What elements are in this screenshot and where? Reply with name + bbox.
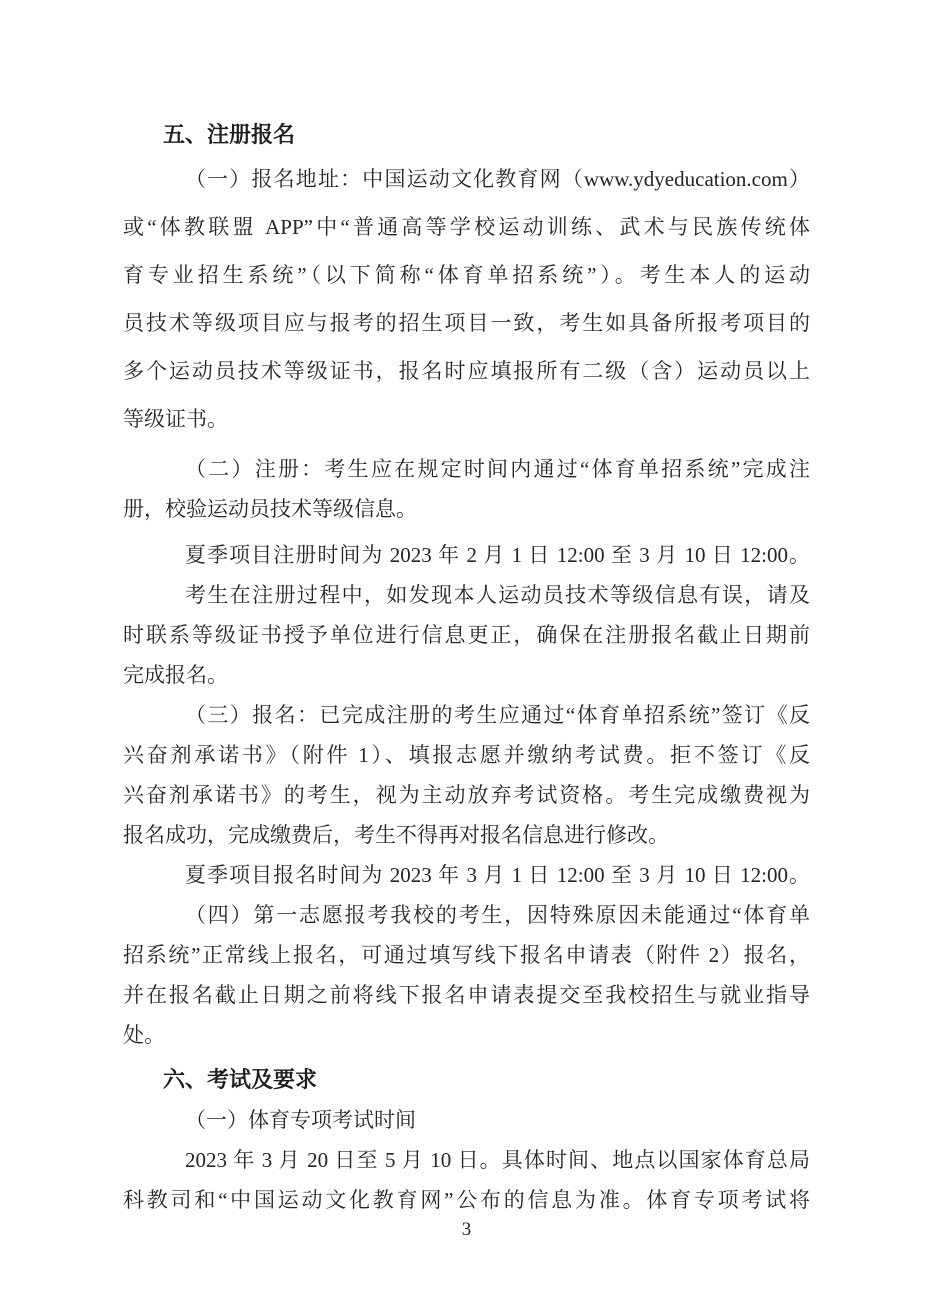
text-line: 夏季项目报名时间为 2023 年 3 月 1 日 12:00 至 3 月 10 … — [123, 855, 810, 895]
paragraph-signup-time: 夏季项目报名时间为 2023 年 3 月 1 日 12:00 至 3 月 10 … — [123, 855, 810, 895]
text-line: 2023 年 3 月 20 日至 5 月 10 日。具体时间、地点以国家体育总局 — [123, 1140, 810, 1180]
paragraph-register-time: 夏季项目注册时间为 2023 年 2 月 1 日 12:00 至 3 月 10 … — [123, 535, 810, 575]
text-line: 兴奋剂承诺书》（附件 1）、填报志愿并缴纳考试费。拒不签订《反 — [123, 735, 810, 775]
paragraph-registration-address: （一）报名地址：中国运动文化教育网（www.ydyeducation.com） … — [123, 155, 810, 443]
text-line: 等级证书。 — [123, 395, 810, 443]
text-line: 兴奋剂承诺书》的考生，视为主动放弃考试资格。考生完成缴费视为 — [123, 775, 810, 815]
document-body: 五、注册报名 （一）报名地址：中国运动文化教育网（www.ydyeducatio… — [123, 115, 810, 1220]
section-heading-exam: 六、考试及要求 — [123, 1060, 810, 1100]
text-line: 育专业招生系统”（以下简称“体育单招系统”）。考生本人的运动 — [123, 251, 810, 299]
paragraph-offline-application: （四）第一志愿报考我校的考生，因特殊原因未能通过“体育单 招系统”正常线上报名，… — [123, 895, 810, 1055]
paragraph-exam-time-title: （一）体育专项考试时间 — [123, 1100, 810, 1140]
text-line: 处。 — [123, 1015, 810, 1055]
paragraph-grade-correction: 考生在注册过程中，如发现本人运动员技术等级信息有误，请及 时联系等级证书授予单位… — [123, 575, 810, 695]
text-line: 科教司和“中国运动文化教育网”公布的信息为准。体育专项考试将 — [123, 1180, 810, 1220]
text-line: 并在报名截止日期之前将线下报名申请表提交至我校招生与就业指导 — [123, 975, 810, 1015]
text-line: 员技术等级项目应与报考的招生项目一致，考生如具备所报考项目的 — [123, 299, 810, 347]
text-line: 或“体教联盟 APP”中“普通高等学校运动训练、武术与民族传统体 — [123, 203, 810, 251]
text-line: （一）报名地址：中国运动文化教育网（www.ydyeducation.com） — [123, 155, 810, 203]
text-line: 夏季项目注册时间为 2023 年 2 月 1 日 12:00 至 3 月 10 … — [123, 535, 810, 575]
paragraph-register: （二）注册：考生应在规定时间内通过“体育单招系统”完成注 册，校验运动员技术等级… — [123, 449, 810, 529]
text-line: 册，校验运动员技术等级信息。 — [123, 489, 810, 529]
text-line: 多个运动员技术等级证书，报名时应填报所有二级（含）运动员以上 — [123, 347, 810, 395]
section-heading-registration: 五、注册报名 — [123, 115, 810, 155]
text-line: 招系统”正常线上报名，可通过填写线下报名申请表（附件 2）报名， — [123, 935, 810, 975]
text-line: 时联系等级证书授予单位进行信息更正，确保在注册报名截止日期前 — [123, 615, 810, 655]
text-line: （三）报名：已完成注册的考生应通过“体育单招系统”签订《反 — [123, 695, 810, 735]
text-line: （二）注册：考生应在规定时间内通过“体育单招系统”完成注 — [123, 449, 810, 489]
text-line: 完成报名。 — [123, 655, 810, 695]
document-page: 五、注册报名 （一）报名地址：中国运动文化教育网（www.ydyeducatio… — [0, 0, 930, 1314]
text-line: 考生在注册过程中，如发现本人运动员技术等级信息有误，请及 — [123, 575, 810, 615]
paragraph-signup: （三）报名：已完成注册的考生应通过“体育单招系统”签订《反 兴奋剂承诺书》（附件… — [123, 695, 810, 855]
text-line: 报名成功，完成缴费后，考生不得再对报名信息进行修改。 — [123, 815, 810, 855]
text-line: （一）体育专项考试时间 — [123, 1100, 810, 1140]
text-line: （四）第一志愿报考我校的考生，因特殊原因未能通过“体育单 — [123, 895, 810, 935]
paragraph-exam-time-detail: 2023 年 3 月 20 日至 5 月 10 日。具体时间、地点以国家体育总局… — [123, 1140, 810, 1220]
page-number: 3 — [123, 1215, 810, 1245]
